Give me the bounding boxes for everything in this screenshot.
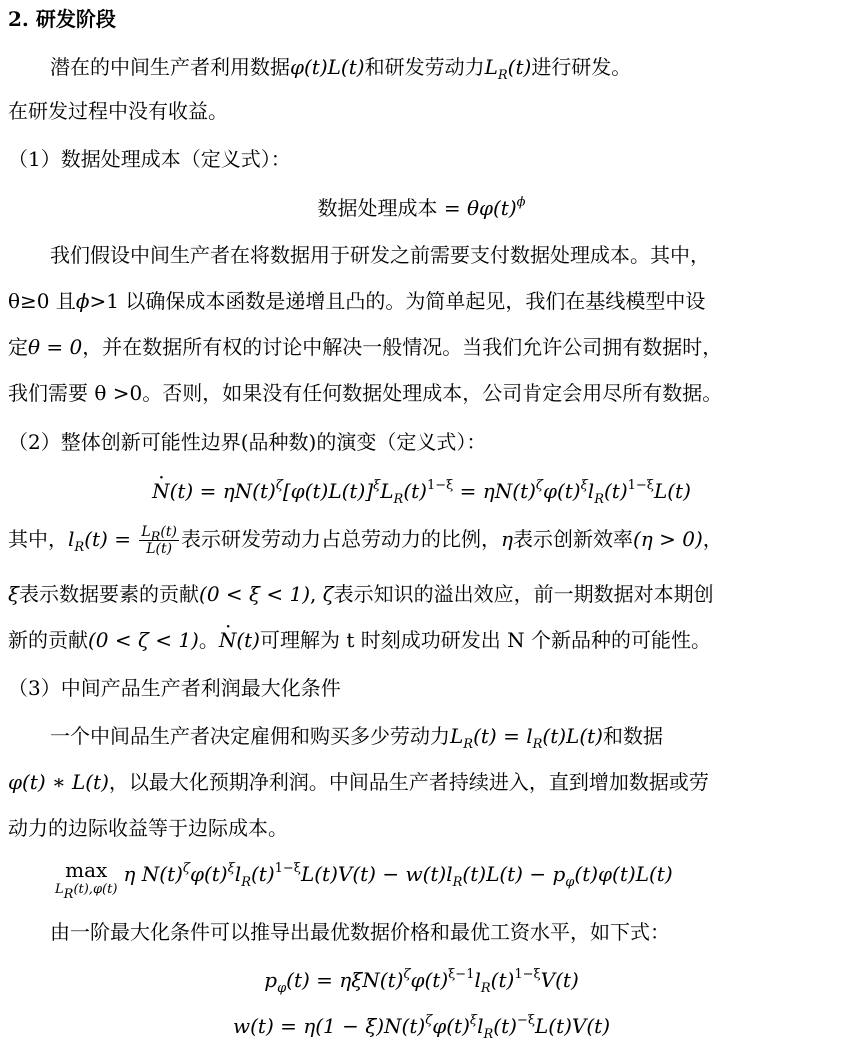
part3-title: （3）中间产品生产者利润最大化条件 xyxy=(8,674,341,702)
intro-paragraph-line2: 在研发过程中没有收益。 xyxy=(8,97,228,125)
section-heading: 2. 研发阶段 xyxy=(8,5,116,33)
intro-text: 潜在的中间生产者利用数据 xyxy=(50,55,290,79)
part3-foc-text: 由一阶最大化条件可以推导出最优数据价格和最优工资水平，如下式： xyxy=(50,918,670,946)
part2-zeta-line: 新的贡献(0 < ζ < 1)。N(t)可理解为 t 时刻成功研发出 N 个新品… xyxy=(8,626,711,654)
part1-paragraph-line1: 我们假设中间生产者在将数据用于研发之前需要支付数据处理成本。其中， xyxy=(50,241,710,269)
intro-paragraph-line1: 潜在的中间生产者利用数据φ(t)L(t)和研发劳动力LR(t)进行研发。 xyxy=(50,53,631,81)
fraction-lr: LR(t)L(t) xyxy=(139,524,179,557)
part2-equation: N(t) = ηN(t)ζ[φ(t)L(t)]ξLR(t)1−ξ = ηN(t)… xyxy=(0,477,843,505)
part1-equation: 数据处理成本 = θφ(t)ϕ xyxy=(0,194,843,222)
equation-exponent: ϕ xyxy=(517,195,526,210)
part1-paragraph-line2: θ≥0 且ϕ>1 以确保成本函数是递增且凸的。为简单起见，我们在基线模型中设 xyxy=(8,287,705,315)
equation-lhs: 数据处理成本 = xyxy=(317,196,466,220)
intro-text: 进行研发。 xyxy=(531,55,631,79)
part3-max-equation: maxLR(t),φ(t)η N(t)ζφ(t)ξlR(t)1−ξL(t)V(t… xyxy=(55,860,673,900)
intro-text: 和研发劳动力 xyxy=(365,55,485,79)
equation-rhs: θφ(t) xyxy=(467,196,517,220)
max-operator: maxLR(t),φ(t) xyxy=(55,860,117,900)
part3-paragraph-line2: φ(t) ∗ L(t)，以最大化预期净利润。中间品生产者持续进入，直到增加数据或… xyxy=(8,768,709,796)
part2-where-line: 其中，lR(t) = LR(t)L(t)表示研发劳动力占总劳动力的比例，η表示创… xyxy=(8,524,723,557)
math-data-input: φ(t)L(t) xyxy=(290,55,365,79)
part2-title: （2）整体创新可能性边界(品种数)的演变（定义式）： xyxy=(8,428,486,456)
part1-paragraph-line4: 我们需要 θ >0。否则，如果没有任何数据处理成本，公司肯定会用尽所有数据。 xyxy=(8,379,722,407)
math-rd-labor: LR(t) xyxy=(485,55,532,79)
part3-paragraph-line3: 动力的边际收益等于边际成本。 xyxy=(8,814,288,842)
part2-xi-line: ξ表示数据要素的贡献(0 < ξ < 1), ζ表示知识的溢出效应，前一期数据对… xyxy=(8,580,714,608)
part3-paragraph-line1: 一个中间品生产者决定雇佣和购买多少劳动力LR(t) = lR(t)L(t)和数据 xyxy=(50,722,663,750)
price-equation: pφ(t) = ηξN(t)ζφ(t)ξ−1lR(t)1−ξV(t) xyxy=(0,966,843,994)
part1-paragraph-line3: 定θ = 0，并在数据所有权的讨论中解决一般情况。当我们允许公司拥有数据时， xyxy=(8,333,722,361)
part1-title: （1）数据处理成本（定义式）： xyxy=(8,145,291,173)
wage-equation: w(t) = η(1 − ξ)N(t)ζφ(t)ξlR(t)−ξL(t)V(t) xyxy=(0,1012,843,1040)
